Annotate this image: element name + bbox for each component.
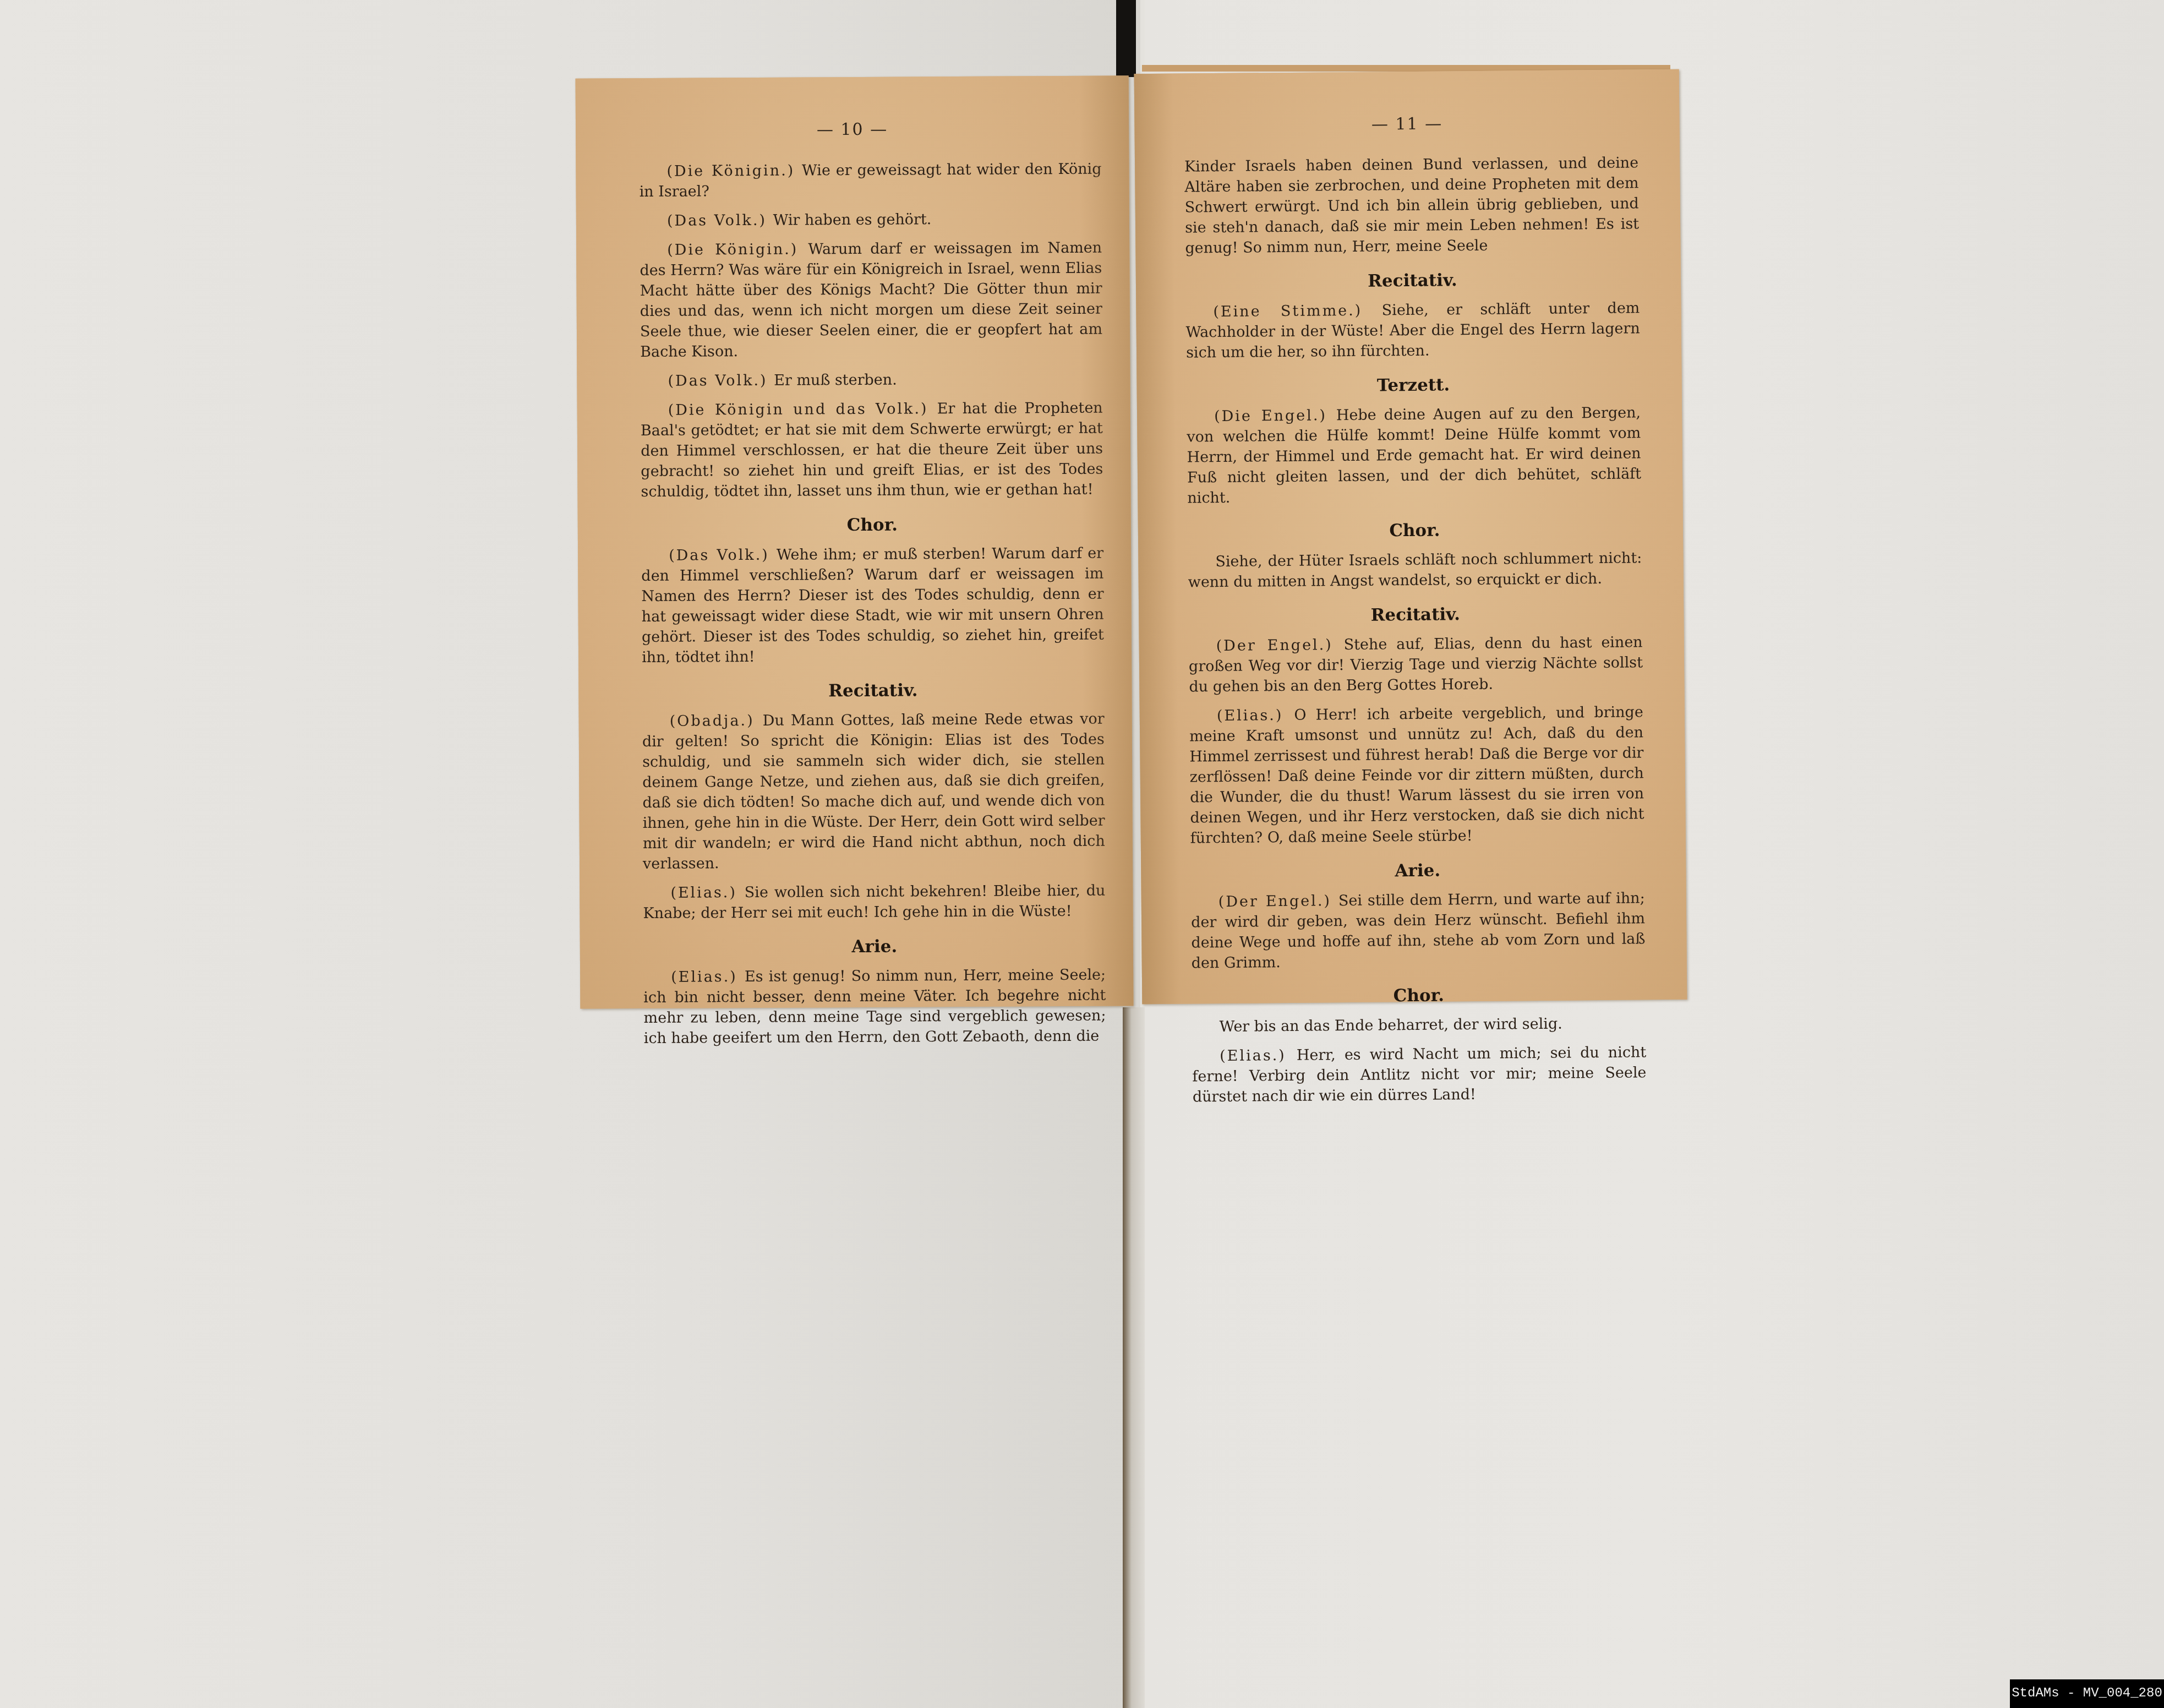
page-10: — 10 — (Die Königin.) Wie er geweissagt … — [576, 75, 1134, 1008]
mount-fold — [1123, 1007, 1145, 1708]
libretto-paragraph: (Elias.) O Herr! ich arbeite vergeblich,… — [1189, 702, 1644, 848]
paragraph-text: Wer bis an das Ende beharret, der wird s… — [1220, 1016, 1562, 1035]
libretto-paragraph: (Der Engel.) Stehe auf, Elias, denn du h… — [1189, 632, 1643, 697]
libretto-paragraph: (Das Volk.) Wir haben es gehört. — [640, 209, 1102, 231]
speaker-label: (Das Volk.) — [668, 372, 774, 390]
speaker-label: (Der Engel.) — [1216, 636, 1344, 654]
speaker-label: (Obadja.) — [670, 712, 763, 730]
paragraph-text: Du Mann Gottes, laß meine Rede etwas vor… — [642, 711, 1105, 872]
libretto-paragraph: (Das Volk.) Er muß sterben. — [640, 369, 1102, 391]
libretto-paragraph: Siehe, der Hüter Israels schläft noch sc… — [1188, 548, 1642, 592]
libretto-paragraph: (Eine Stimme.) Siehe, er schläft unter d… — [1185, 298, 1640, 363]
libretto-paragraph: (Der Engel.) Sei stille dem Herrn, und w… — [1191, 888, 1646, 973]
libretto-paragraph: (Elias.) Sie wollen sich nicht bekehren!… — [643, 881, 1105, 924]
speaker-label: (Das Volk.) — [669, 547, 777, 564]
speaker-label: (Das Volk.) — [667, 212, 773, 230]
libretto-paragraph: (Die Engel.) Hebe deine Augen auf zu den… — [1187, 402, 1642, 508]
speaker-label: (Die Königin.) — [667, 241, 808, 258]
binding-gutter — [1116, 0, 1136, 77]
libretto-paragraph: (Elias.) Herr, es wird Nacht um mich; se… — [1192, 1042, 1647, 1107]
speaker-label: (Elias.) — [670, 884, 745, 902]
section-heading: Terzett. — [1186, 373, 1640, 397]
speaker-label: (Eine Stimme.) — [1213, 302, 1382, 320]
left-text-column: (Die Königin.) Wie er geweissagt hat wid… — [639, 159, 1106, 1049]
libretto-paragraph: (Obadja.) Du Mann Gottes, laß meine Rede… — [642, 709, 1106, 874]
section-heading: Arie. — [643, 936, 1106, 958]
speaker-label: (Elias.) — [671, 968, 745, 986]
speaker-label: (Elias.) — [1217, 707, 1294, 724]
libretto-paragraph: Wer bis an das Ende beharret, der wird s… — [1192, 1013, 1646, 1037]
libretto-paragraph: (Die Königin.) Wie er geweissagt hat wid… — [639, 159, 1101, 202]
libretto-paragraph: (Elias.) Es ist genug! So nimm nun, Herr… — [643, 965, 1106, 1049]
speaker-label: (Die Königin und das Volk.) — [668, 400, 937, 419]
paragraph-text: Kinder Israels haben deinen Bund verlass… — [1184, 154, 1639, 257]
page-number: — 11 — — [1134, 112, 1679, 137]
right-text-column: Kinder Israels haben deinen Bund verlass… — [1184, 152, 1647, 1107]
speaker-label: (Die Königin.) — [666, 162, 802, 179]
libretto-paragraph: (Das Volk.) Wehe ihm; er muß sterben! Wa… — [641, 543, 1104, 668]
libretto-paragraph: (Die Königin und das Volk.) Er hat die P… — [641, 398, 1103, 502]
speaker-label: (Die Engel.) — [1214, 407, 1336, 425]
paragraph-text: Siehe, der Hüter Israels schläft noch sc… — [1188, 549, 1642, 591]
paragraph-text: Wir haben es gehört. — [773, 211, 932, 229]
libretto-paragraph: Kinder Israels haben deinen Bund verlass… — [1184, 152, 1640, 258]
section-heading: Chor. — [641, 514, 1103, 537]
speaker-label: (Der Engel.) — [1218, 892, 1338, 910]
page-11: — 11 — Kinder Israels haben deinen Bund … — [1134, 69, 1687, 1005]
paragraph-text: O Herr! ich arbeite vergeblich, und brin… — [1189, 703, 1644, 847]
section-heading: Recitativ. — [642, 680, 1104, 702]
section-heading: Chor. — [1188, 519, 1642, 543]
section-heading: Recitativ. — [1188, 603, 1642, 627]
libretto-paragraph: (Die Königin.) Warum darf er weissagen i… — [640, 238, 1102, 362]
paragraph-text: Er muß sterben. — [774, 372, 897, 389]
section-heading: Arie. — [1190, 859, 1644, 883]
speaker-label: (Elias.) — [1220, 1047, 1297, 1065]
section-heading: Chor. — [1192, 984, 1646, 1008]
page-number: — 10 — — [576, 118, 1129, 140]
archive-watermark-label: StdAMs - MV_004_280 — [2010, 1679, 2164, 1708]
section-heading: Recitativ. — [1185, 269, 1640, 293]
